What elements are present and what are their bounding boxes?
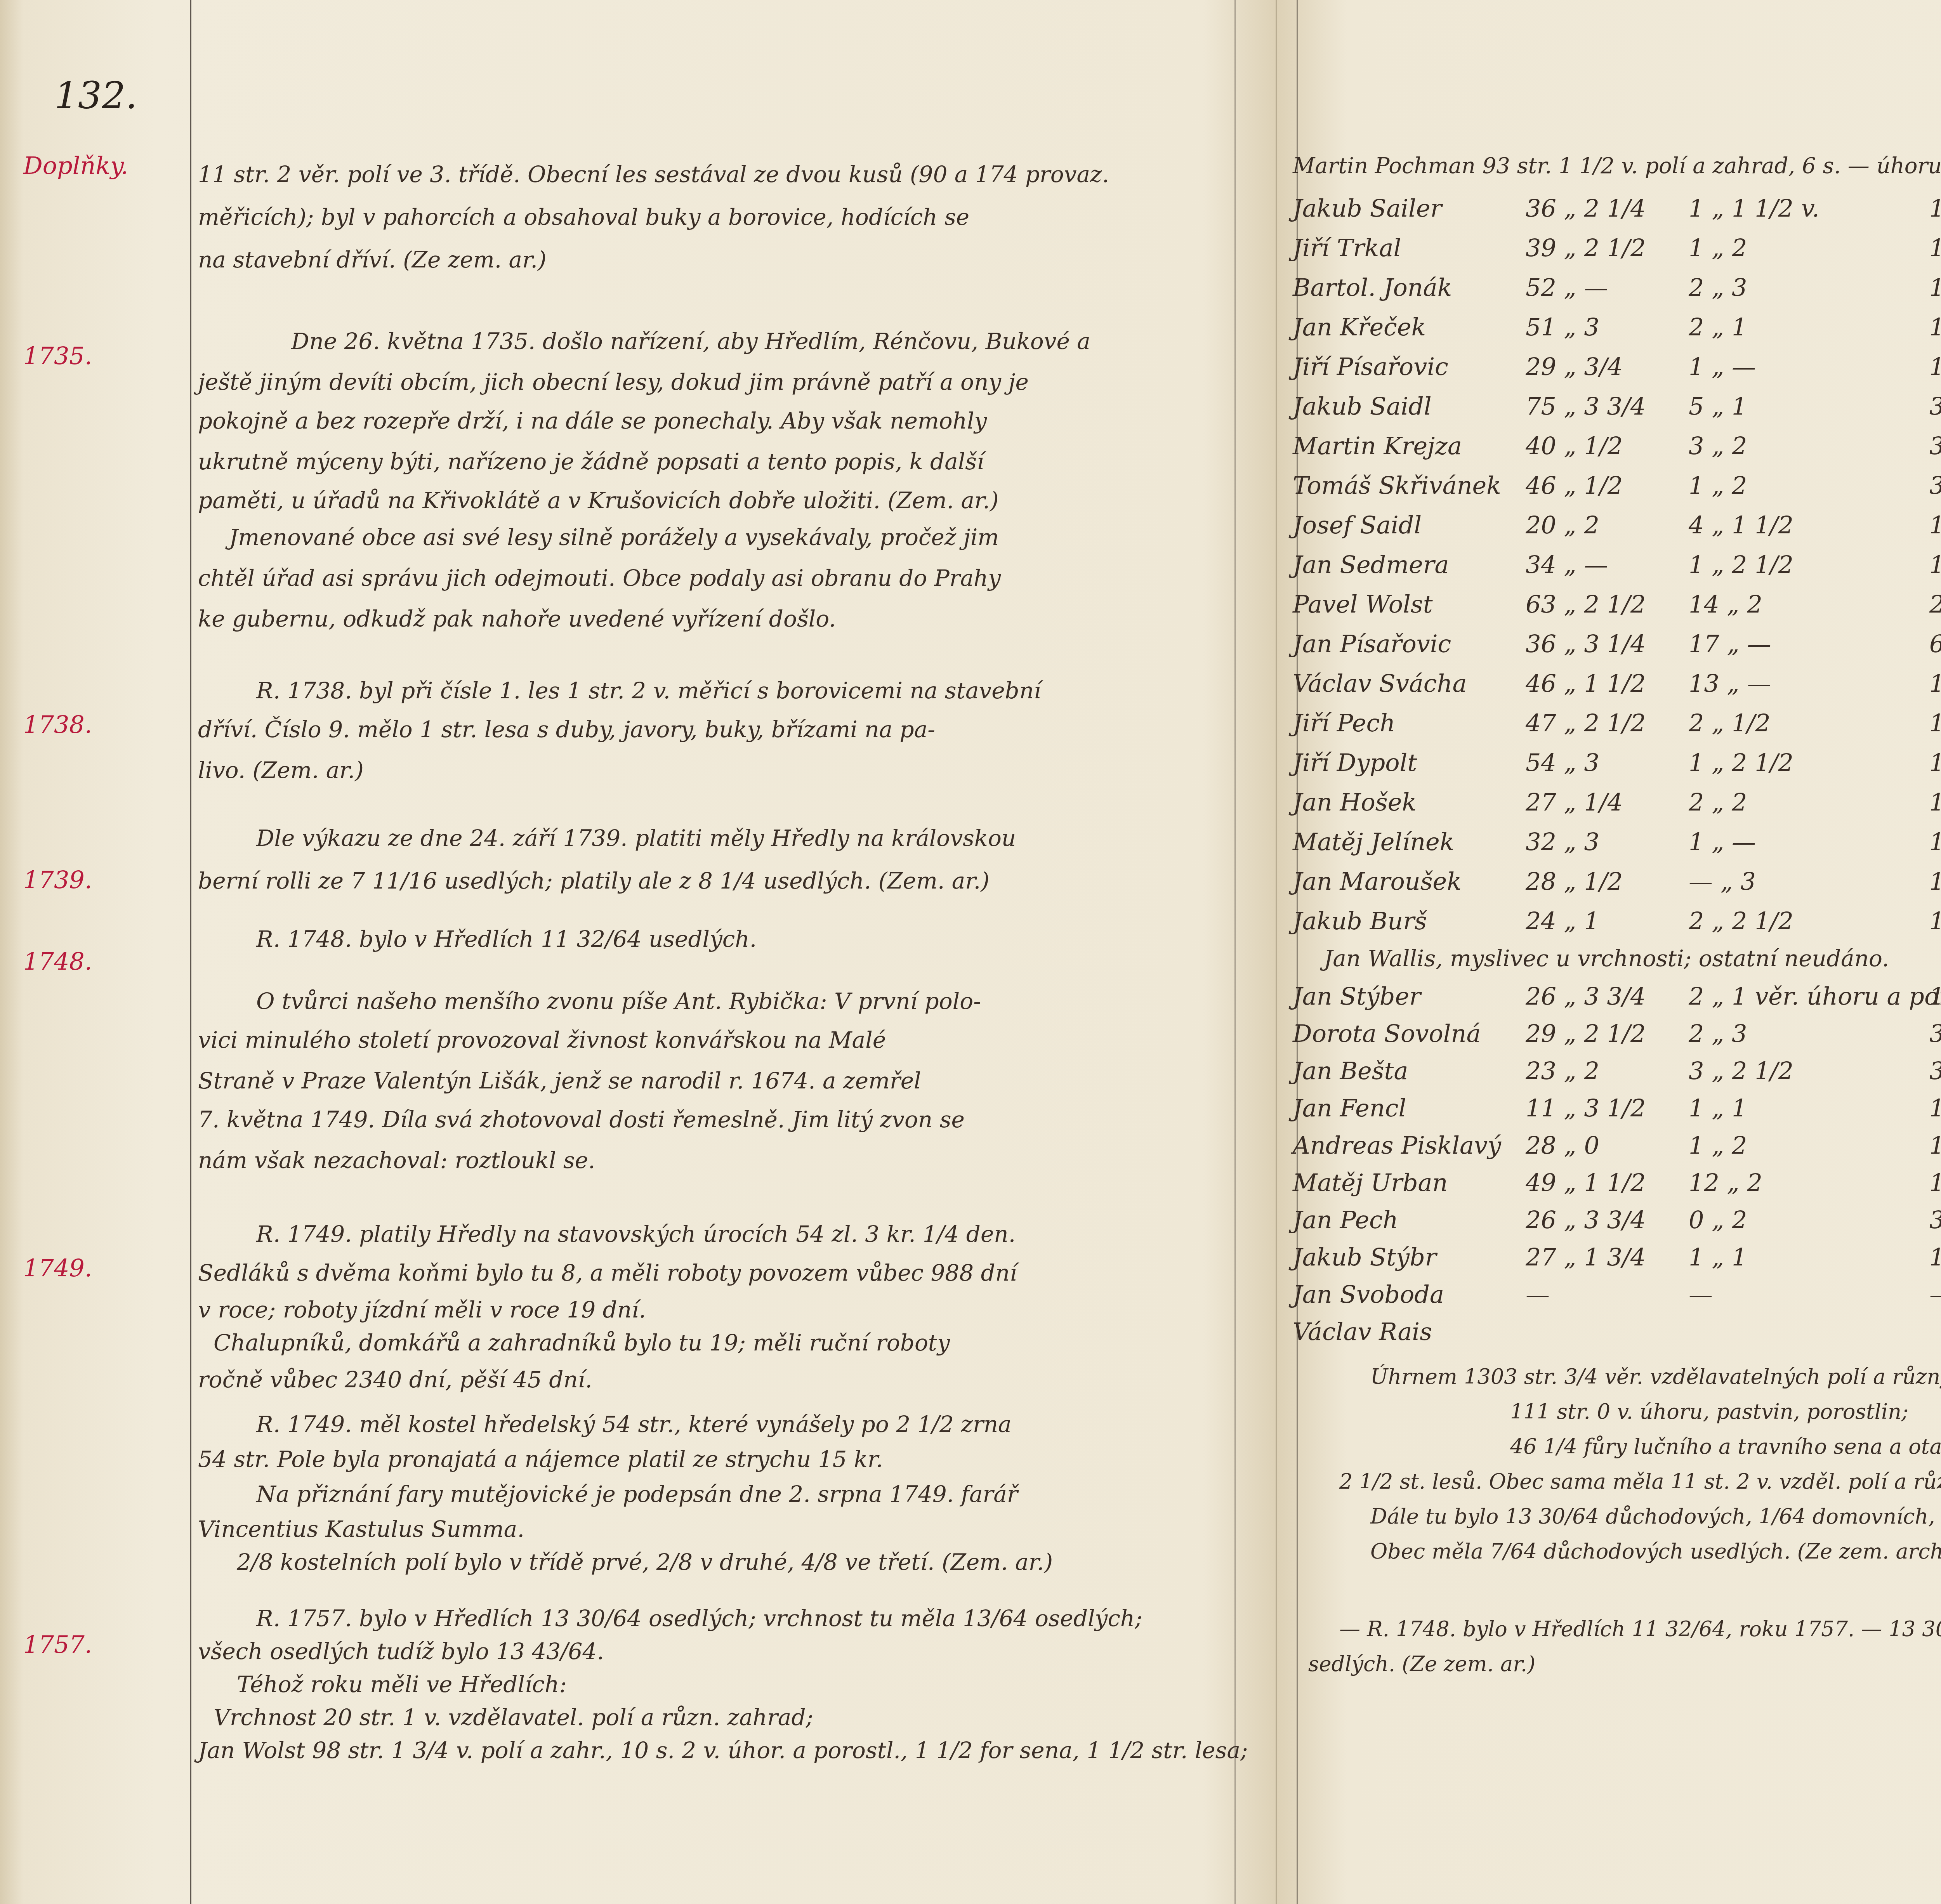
cell-a: 52 „ — bbox=[1526, 273, 1689, 302]
cell-c: 1 1/2 bbox=[1929, 669, 1941, 698]
cell-b: 13 „ — bbox=[1689, 669, 1929, 698]
table-row: Václav Rais bbox=[1293, 1317, 1941, 1346]
cell-a: 26 „ 3 3/4 bbox=[1526, 982, 1689, 1010]
cell-name: Matěj Jelínek bbox=[1293, 828, 1526, 856]
cell-b: 2 „ 1/2 bbox=[1689, 709, 1929, 737]
text-line: livo. (Zem. ar.) bbox=[198, 759, 364, 781]
cell-b: 1 „ 1 1/2 v. bbox=[1689, 194, 1929, 222]
summary-line: — R. 1748. bylo v Hředlích 11 32/64, rok… bbox=[1339, 1619, 1941, 1640]
table-row: Jiří Písařovic29 „ 3/41 „ —1/2 bbox=[1293, 352, 1941, 381]
cell-b: 1 „ 2 bbox=[1689, 234, 1929, 262]
text-line: paměti, u úřadů na Křivoklátě a v Krušov… bbox=[198, 489, 999, 512]
cell-b: 3 „ 2 bbox=[1689, 432, 1929, 460]
text-line: vici minulého století provozoval živnost… bbox=[198, 1029, 886, 1051]
cell-b: 2 „ 1 věr. úhoru a por. bbox=[1689, 982, 1929, 1010]
text-line: Sedláků s dvěma koňmi bylo tu 8, a měli … bbox=[198, 1262, 1017, 1284]
cell-name: Jan Písařovic bbox=[1293, 630, 1526, 658]
text-line: berní rolli ze 7 11/16 usedlých; platily… bbox=[198, 870, 990, 892]
cell-a: 75 „ 3 3/4 bbox=[1526, 392, 1689, 420]
cell-name: Bartol. Jonák bbox=[1293, 273, 1526, 302]
cell-a: 46 „ 1/2 bbox=[1526, 471, 1689, 500]
text-line: na stavební dříví. (Ze zem. ar.) bbox=[198, 248, 547, 271]
table-row: Jakub Burš24 „ 12 „ 2 1/21/2 bbox=[1293, 907, 1941, 935]
cell-c: 3/4 bbox=[1929, 1206, 1941, 1234]
table-row: Jan Křeček51 „ 32 „ 11 1/2 bbox=[1293, 313, 1941, 341]
text-line: Na přiznání fary mutějovické je podepsán… bbox=[256, 1483, 1018, 1505]
cell-b: 1 „ 2 bbox=[1689, 1131, 1929, 1159]
cell-a: 28 „ 1/2 bbox=[1526, 867, 1689, 896]
margin-note: Doplňky. bbox=[23, 151, 128, 180]
cell-name: Jan Stýber bbox=[1293, 982, 1526, 1010]
table-row: Jan Maroušek28 „ 1/2— „ 31/4 bbox=[1293, 867, 1941, 896]
cell-b: 17 „ — bbox=[1689, 630, 1929, 658]
cell-name: Pavel Wolst bbox=[1293, 590, 1526, 618]
summary-line: 46 1/4 fůry lučního a travního sena a ot… bbox=[1510, 1436, 1941, 1457]
text-line: 7. května 1749. Díla svá zhotovoval dost… bbox=[198, 1108, 965, 1131]
cell-b: 14 „ 2 bbox=[1689, 590, 1929, 618]
cell-c: 1 1/4 bbox=[1929, 1168, 1941, 1197]
cell-name: Jan Pech bbox=[1293, 1206, 1526, 1234]
cell-c: 3 dvouspřež. fůry sen. a otav; bbox=[1929, 471, 1941, 500]
cell-c: 1 1/2 bbox=[1929, 550, 1941, 579]
text-line: Chalupníků, domkářů a zahradníků bylo tu… bbox=[214, 1331, 950, 1354]
text-line: 11 str. 2 věr. polí ve 3. třídě. Obecní … bbox=[198, 163, 1109, 186]
table-row: Jan Hošek27 „ 1/42 „ 21/2 bbox=[1293, 788, 1941, 816]
cell-a: — bbox=[1526, 1280, 1689, 1309]
table-row: Jan Svoboda——— bbox=[1293, 1280, 1941, 1309]
text-line: R. 1757. bylo v Hředlích 13 30/64 osedlý… bbox=[256, 1607, 1142, 1630]
cell-b: 2 „ 2 bbox=[1689, 788, 1929, 816]
text-line: ke gubernu, odkudž pak nahoře uvedené vy… bbox=[198, 607, 836, 630]
cell-c: 2 1/2 bbox=[1929, 590, 1941, 618]
text-line: dříví. Číslo 9. mělo 1 str. lesa s duby,… bbox=[198, 718, 935, 741]
cell-b: 12 „ 2 bbox=[1689, 1168, 1929, 1197]
margin-note: 1735. bbox=[23, 342, 92, 370]
cell-b: 1 „ 2 1/2 bbox=[1689, 550, 1929, 579]
cell-name: Josef Saidl bbox=[1293, 511, 1526, 539]
wallis-note: Jan Wallis, myslivec u vrchnosti; ostatn… bbox=[1324, 947, 1889, 970]
cell-b: 1 „ 1 bbox=[1689, 1243, 1929, 1271]
text-line: R. 1749. měl kostel hředelský 54 str., k… bbox=[256, 1413, 1012, 1435]
cell-a: 29 „ 2 1/2 bbox=[1526, 1019, 1689, 1048]
table-row: Bartol. Jonák52 „ —2 „ 31 bbox=[1293, 273, 1941, 302]
cell-name: Jakub Burš bbox=[1293, 907, 1526, 935]
text-line: Straně v Praze Valentýn Lišák, jenž se n… bbox=[198, 1069, 921, 1092]
table-row: Jan Fencl11 „ 3 1/21 „ 11/2 bbox=[1293, 1094, 1941, 1122]
cell-name: Martin Krejza bbox=[1293, 432, 1526, 460]
cell-name: Jan Sedmera bbox=[1293, 550, 1526, 579]
cell-a: 63 „ 2 1/2 bbox=[1526, 590, 1689, 618]
table-row: Dorota Sovolná29 „ 2 1/22 „ 33/4 bbox=[1293, 1019, 1941, 1048]
cell-name: Václav Rais bbox=[1293, 1317, 1526, 1346]
cell-a: 28 „ 0 bbox=[1526, 1131, 1689, 1159]
cell-name: Matěj Urban bbox=[1293, 1168, 1526, 1197]
cell-c: 1 1/2 bbox=[1929, 748, 1941, 777]
text-line: Vrchnost 20 str. 1 v. vzdělavatel. polí … bbox=[214, 1706, 813, 1729]
table-row: Andreas Pisklavý28 „ 01 „ 21/4 bbox=[1293, 1131, 1941, 1159]
cell-c: 3/4 bbox=[1929, 1057, 1941, 1085]
table-row: Jan Písařovic36 „ 3 1/417 „ —6 bbox=[1293, 630, 1941, 658]
cell-b: — „ 3 bbox=[1689, 867, 1929, 896]
cell-a: 49 „ 1 1/2 bbox=[1526, 1168, 1689, 1197]
cell-name: Jiří Dypolt bbox=[1293, 748, 1526, 777]
table-row: Martin Krejza40 „ 1/23 „ 23 dvousp. fůr.… bbox=[1293, 432, 1941, 460]
cell-c: 1/4 bbox=[1929, 867, 1941, 896]
table-row: Pavel Wolst63 „ 2 1/214 „ 22 1/2 bbox=[1293, 590, 1941, 618]
cell-b: 2 „ 3 bbox=[1689, 1019, 1929, 1048]
table-row: Jiří Trkal39 „ 2 1/21 „ 21 1/2 bbox=[1293, 234, 1941, 262]
margin-note: 1748. bbox=[23, 947, 92, 975]
text-line: všech osedlých tudíž bylo 13 43/64. bbox=[198, 1640, 604, 1663]
margin-note: 1739. bbox=[23, 866, 92, 894]
cell-a: 32 „ 3 bbox=[1526, 828, 1689, 856]
cell-a: 23 „ 2 bbox=[1526, 1057, 1689, 1085]
text-line: R. 1738. byl při čísle 1. les 1 str. 2 v… bbox=[256, 679, 1041, 702]
summary-line: Dále tu bylo 13 30/64 důchodových, 1/64 … bbox=[1370, 1506, 1941, 1527]
cell-c: 3 bbox=[1929, 392, 1941, 420]
table-row: Jiří Dypolt54 „ 31 „ 2 1/21 1/2 bbox=[1293, 748, 1941, 777]
cell-c: 1 1/2 bbox=[1929, 234, 1941, 262]
cell-a: 11 „ 3 1/2 bbox=[1526, 1094, 1689, 1122]
cell-c: 1 1/2 dvous. for. sen. a otav; bbox=[1929, 982, 1941, 1010]
cell-a: 36 „ 3 1/4 bbox=[1526, 630, 1689, 658]
cell-a: 40 „ 1/2 bbox=[1526, 432, 1689, 460]
cell-a: 46 „ 1 1/2 bbox=[1526, 669, 1689, 698]
cell-name: Jiří Pech bbox=[1293, 709, 1526, 737]
table-row: Jakub Saidl75 „ 3 3/45 „ 13 bbox=[1293, 392, 1941, 420]
table-row: Jakub Sailer36 „ 2 1/41 „ 1 1/2 v.1 1/2 bbox=[1293, 194, 1941, 222]
cell-a: 20 „ 2 bbox=[1526, 511, 1689, 539]
cell-c: 1 1/4 bbox=[1929, 511, 1941, 539]
text-line: pokojně a bez rozepře drží, i na dále se… bbox=[198, 410, 987, 432]
text-line: R. 1748. bylo v Hředlích 11 32/64 usedlý… bbox=[256, 928, 757, 950]
cell-name: Dorota Sovolná bbox=[1293, 1019, 1526, 1048]
cell-c: 6 bbox=[1929, 630, 1941, 658]
text-line: Vincentius Kastulus Summa. bbox=[198, 1518, 524, 1540]
cell-c: 3/4 bbox=[1929, 1019, 1941, 1048]
summary-line: 111 str. 0 v. úhoru, pastvin, porostlin; bbox=[1510, 1401, 1908, 1422]
cell-c: 1/2 bbox=[1929, 907, 1941, 935]
cell-name: Václav Svácha bbox=[1293, 669, 1526, 698]
margin-note: 1749. bbox=[23, 1254, 92, 1282]
cell-c: 1 1/2 bbox=[1929, 194, 1941, 222]
text-line: Téhož roku měli ve Hředlích: bbox=[237, 1673, 567, 1696]
table-row: Jan Bešta23 „ 23 „ 2 1/23/4 bbox=[1293, 1057, 1941, 1085]
cell-name: Jiří Trkal bbox=[1293, 234, 1526, 262]
cell-c: 1/2 bbox=[1929, 352, 1941, 381]
text-line: ukrutně mýceny býti, nařízeno je žádně p… bbox=[198, 450, 984, 473]
cell-b: 0 „ 2 bbox=[1689, 1206, 1929, 1234]
left-page: 132. Doplňky.1735.1738.1739.1748.1749.17… bbox=[0, 0, 1277, 1904]
page-number: 132. bbox=[54, 74, 137, 117]
cell-b: 1 „ 1 bbox=[1689, 1094, 1929, 1122]
table-row: Josef Saidl20 „ 24 „ 1 1/21 1/4 bbox=[1293, 511, 1941, 539]
table-row: Tomáš Skřivánek46 „ 1/21 „ 23 dvouspřež.… bbox=[1293, 471, 1941, 500]
cell-a: 24 „ 1 bbox=[1526, 907, 1689, 935]
cell-a: 51 „ 3 bbox=[1526, 313, 1689, 341]
cell-c: 1 bbox=[1929, 273, 1941, 302]
cell-name: Jan Bešta bbox=[1293, 1057, 1526, 1085]
cell-a: 26 „ 3 3/4 bbox=[1526, 1206, 1689, 1234]
cell-c: 1 1/2 bbox=[1929, 709, 1941, 737]
cell-a: 39 „ 2 1/2 bbox=[1526, 234, 1689, 262]
cell-name: Jan Křeček bbox=[1293, 313, 1526, 341]
book-spread: 132. Doplňky.1735.1738.1739.1748.1749.17… bbox=[0, 0, 1941, 1904]
text-line: měřicích); byl v pahorcích a obsahoval b… bbox=[198, 206, 969, 228]
cell-name: Jan Fencl bbox=[1293, 1094, 1526, 1122]
cell-b: 1 „ — bbox=[1689, 352, 1929, 381]
text-line: ročně vůbec 2340 dní, pěší 45 dní. bbox=[198, 1368, 592, 1391]
cell-a: 27 „ 1 3/4 bbox=[1526, 1243, 1689, 1271]
cell-c: 1 1/2 bbox=[1929, 828, 1941, 856]
cell-c: 1/2 bbox=[1929, 788, 1941, 816]
table-row: Jan Pech26 „ 3 3/40 „ 23/4 bbox=[1293, 1206, 1941, 1234]
cell-name: Jakub Sailer bbox=[1293, 194, 1526, 222]
right-edge-rule bbox=[1234, 0, 1236, 1904]
summary-line: Obec měla 7/64 důchodových usedlých. (Ze… bbox=[1370, 1541, 1941, 1562]
margin-note: 1757. bbox=[23, 1630, 92, 1659]
cell-b: 2 „ 3 bbox=[1689, 273, 1929, 302]
cell-a: 27 „ 1/4 bbox=[1526, 788, 1689, 816]
text-line: 54 str. Pole byla pronajatá a nájemce pl… bbox=[198, 1448, 883, 1470]
cell-c: 1/2 bbox=[1929, 1243, 1941, 1271]
table-row: Jan Sedmera34 „ —1 „ 2 1/21 1/2 bbox=[1293, 550, 1941, 579]
cell-b: 4 „ 1 1/2 bbox=[1689, 511, 1929, 539]
text-line: Dne 26. května 1735. došlo nařízení, aby… bbox=[291, 330, 1090, 352]
summary-line: Úhrnem 1303 str. 3/4 věr. vzdělavatelnýc… bbox=[1370, 1366, 1941, 1387]
cell-c: 1/2 bbox=[1929, 1094, 1941, 1122]
cell-name: Jiří Písařovic bbox=[1293, 352, 1526, 381]
cell-name: Jakub Stýbr bbox=[1293, 1243, 1526, 1271]
table-row: Matěj Jelínek32 „ 31 „ —1 1/2 bbox=[1293, 828, 1941, 856]
cell-a: 54 „ 3 bbox=[1526, 748, 1689, 777]
cell-name: Jan Maroušek bbox=[1293, 867, 1526, 896]
cell-b: — bbox=[1689, 1280, 1929, 1309]
cell-b: 1 „ 2 1/2 bbox=[1689, 748, 1929, 777]
cell-a: 29 „ 3/4 bbox=[1526, 352, 1689, 381]
cell-c: — bbox=[1929, 1280, 1941, 1309]
cell-c: 1/4 bbox=[1929, 1131, 1941, 1159]
text-line: Jmenované obce asi své lesy silně poráže… bbox=[229, 526, 999, 548]
text-line: ještě jiným devíti obcím, jich obecní le… bbox=[198, 371, 1029, 393]
summary-line: sedlých. (Ze zem. ar.) bbox=[1308, 1654, 1535, 1675]
margin-note: 1738. bbox=[23, 710, 92, 739]
cell-name: Jan Svoboda bbox=[1293, 1280, 1526, 1309]
table-row: Jiří Pech47 „ 2 1/22 „ 1/21 1/2 bbox=[1293, 709, 1941, 737]
table-row: Matěj Urban49 „ 1 1/212 „ 21 1/4 bbox=[1293, 1168, 1941, 1197]
cell-b: 1 „ — bbox=[1689, 828, 1929, 856]
margin-rule bbox=[190, 0, 191, 1904]
text-line: 2/8 kostelních polí bylo v třídě prvé, 2… bbox=[237, 1551, 1053, 1573]
cell-name: Jan Hošek bbox=[1293, 788, 1526, 816]
cell-c: 3 dvousp. fůr. s., 1 st. lesa bbox=[1929, 432, 1941, 460]
cell-b: 3 „ 2 1/2 bbox=[1689, 1057, 1929, 1085]
cell-a: 47 „ 2 1/2 bbox=[1526, 709, 1689, 737]
cell-name: Jakub Saidl bbox=[1293, 392, 1526, 420]
cell-name: Andreas Pisklavý bbox=[1293, 1131, 1526, 1159]
cell-name: Tomáš Skřivánek bbox=[1293, 471, 1526, 500]
summary-line: 2 1/2 st. lesů. Obec sama měla 11 st. 2 … bbox=[1339, 1471, 1941, 1492]
text-line: Dle výkazu ze dne 24. září 1739. platiti… bbox=[256, 827, 1016, 849]
cell-a: 34 „ — bbox=[1526, 550, 1689, 579]
text-line: Jan Wolst 98 str. 1 3/4 v. polí a zahr.,… bbox=[198, 1739, 1248, 1762]
table-row: Jakub Stýbr27 „ 1 3/41 „ 11/2 bbox=[1293, 1243, 1941, 1271]
table-row: Václav Svácha46 „ 1 1/213 „ —1 1/2 bbox=[1293, 669, 1941, 698]
text-line: O tvůrci našeho menšího zvonu píše Ant. … bbox=[256, 990, 981, 1012]
right-page: 133. Doplňky.1757. Martin Pochman 93 str… bbox=[1277, 0, 1941, 1904]
table-row: Jan Stýber26 „ 3 3/42 „ 1 věr. úhoru a p… bbox=[1293, 982, 1941, 1010]
cell-b: 2 „ 2 1/2 bbox=[1689, 907, 1929, 935]
cell-b: 1 „ 2 bbox=[1689, 471, 1929, 500]
cell-c: 1 1/2 bbox=[1929, 313, 1941, 341]
text-line: R. 1749. platily Hředly na stavovských ú… bbox=[256, 1223, 1016, 1245]
header-row: Martin Pochman 93 str. 1 1/2 v. polí a z… bbox=[1293, 155, 1941, 177]
text-line: nám však nezachoval: roztloukl se. bbox=[198, 1149, 595, 1172]
text-line: chtěl úřad asi správu jich odejmouti. Ob… bbox=[198, 567, 1001, 589]
text-line: v roce; roboty jízdní měli v roce 19 dní… bbox=[198, 1298, 646, 1321]
cell-b: 5 „ 1 bbox=[1689, 392, 1929, 420]
cell-b: 2 „ 1 bbox=[1689, 313, 1929, 341]
cell-a: 36 „ 2 1/4 bbox=[1526, 194, 1689, 222]
